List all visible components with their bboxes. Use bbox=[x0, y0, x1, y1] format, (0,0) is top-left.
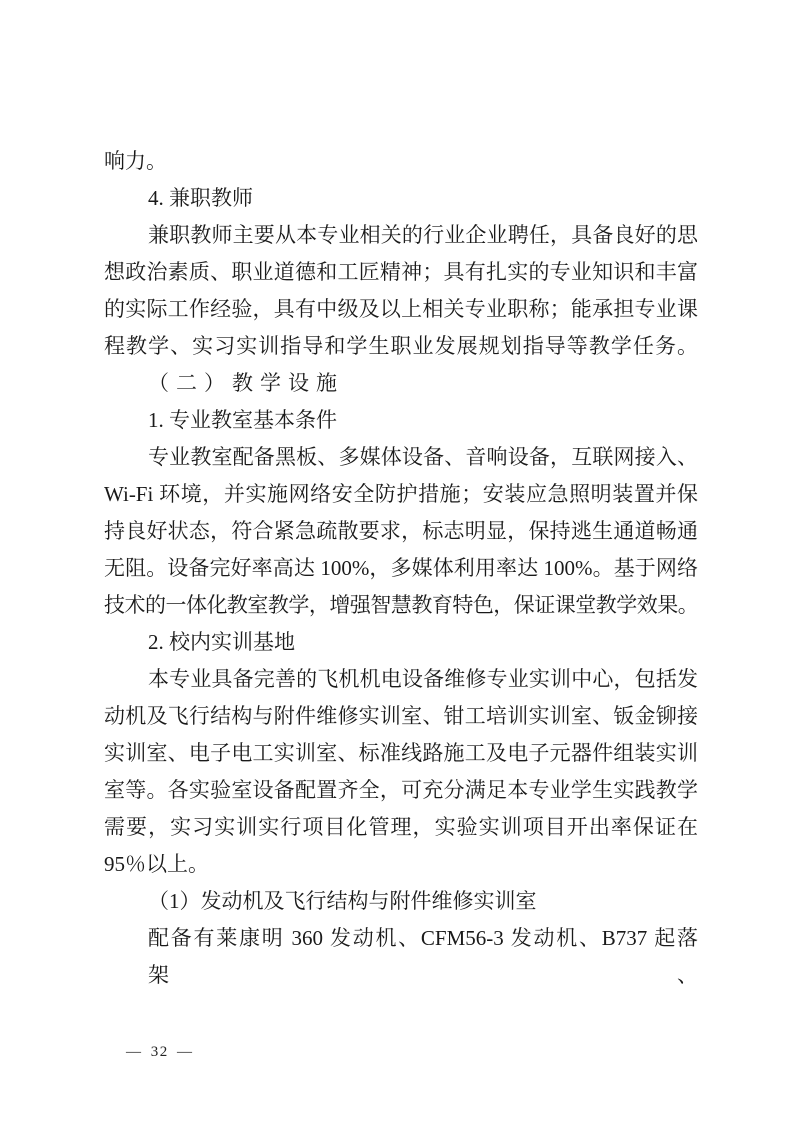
text-line: 实训室、电子电工实训室、标准线路施工及电子元器件组装实训 bbox=[104, 735, 698, 772]
text-line: 本专业具备完善的飞机机电设备维修专业实训中心，包括发 bbox=[104, 661, 698, 698]
text-line: 动机及飞行结构与附件维修实训室、钳工培训实训室、钣金铆接 bbox=[104, 698, 698, 735]
text-line: 需要，实习实训实行项目化管理，实验实训项目开出率保证在 bbox=[104, 809, 698, 846]
numbered-heading-training-base: 2. 校内实训基地 bbox=[104, 624, 698, 661]
text-line: 想政治素质、职业道德和工匠精神；具有扎实的专业知识和丰富 bbox=[104, 254, 698, 291]
text-line-paragraph-end: 95％以上。 bbox=[104, 846, 698, 883]
document-page: 响力。 4. 兼职教师 兼职教师主要从本专业相关的行业企业聘任，具备良好的思 想… bbox=[0, 0, 793, 1122]
text-line-paragraph-end: 响力。 bbox=[104, 143, 698, 180]
text-line: 持良好状态，符合紧急疏散要求，标志明显，保持逃生通道畅通 bbox=[104, 513, 698, 550]
text-line: 专业教室配备黑板、多媒体设备、音响设备，互联网接入、 bbox=[104, 439, 698, 476]
numbered-heading-classroom-conditions: 1. 专业教室基本条件 bbox=[104, 402, 698, 439]
text-line: 室等。各实验室设备配置齐全，可充分满足本专业学生实践教学 bbox=[104, 772, 698, 809]
text-line: Wi-Fi 环境，并实施网络安全防护措施；安装应急照明装置并保 bbox=[104, 476, 698, 513]
text-line-paragraph-end: 技术的一体化教室教学，增强智慧教育特色，保证课堂教学效果。 bbox=[104, 587, 698, 624]
text-line-paragraph-end: 程教学、实习实训指导和学生职业发展规划指导等教学任务。 bbox=[104, 328, 698, 365]
text-line: 兼职教师主要从本专业相关的行业企业聘任，具备良好的思 bbox=[104, 217, 698, 254]
text-line: 无阻。设备完好率高达 100%，多媒体利用率达 100%。基于网络 bbox=[104, 550, 698, 587]
section-heading-teaching-facilities: （二）教学设施 bbox=[104, 365, 698, 402]
text-line: 的实际工作经验，具有中级及以上相关专业职称；能承担专业课 bbox=[104, 291, 698, 328]
numbered-heading-part-time-teachers: 4. 兼职教师 bbox=[104, 180, 698, 217]
page-number: — 32 — bbox=[126, 1044, 194, 1060]
numbered-heading-engine-structure-lab: （1）发动机及飞行结构与附件维修实训室 bbox=[104, 883, 698, 920]
document-body: 响力。 4. 兼职教师 兼职教师主要从本专业相关的行业企业聘任，具备良好的思 想… bbox=[104, 143, 698, 957]
text-line: 配备有莱康明 360 发动机、CFM56-3 发动机、B737 起落架、 bbox=[104, 920, 698, 957]
